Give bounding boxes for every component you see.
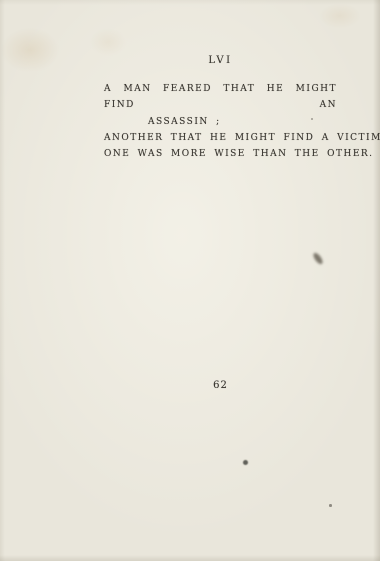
poem-text: A MAN FEARED THAT HE MIGHT FIND AN ASSAS… bbox=[104, 81, 337, 162]
poem-line: ONE WAS MORE WISE THAN THE OTHER. bbox=[104, 146, 337, 162]
poem-line: ANOTHER THAT HE MIGHT FIND A VICTIM. bbox=[104, 130, 337, 146]
poem-line: ASSASSIN ; bbox=[104, 114, 337, 130]
poem-line: A MAN FEARED THAT HE MIGHT FIND AN bbox=[104, 81, 337, 113]
page-number: 62 bbox=[104, 380, 337, 391]
dust-speck bbox=[311, 118, 313, 120]
ink-smudge bbox=[312, 251, 324, 265]
book-page: LVI A MAN FEARED THAT HE MIGHT FIND AN A… bbox=[0, 0, 380, 561]
dust-speck bbox=[243, 460, 248, 465]
poem-numeral: LVI bbox=[104, 55, 337, 66]
dust-speck bbox=[329, 504, 332, 507]
